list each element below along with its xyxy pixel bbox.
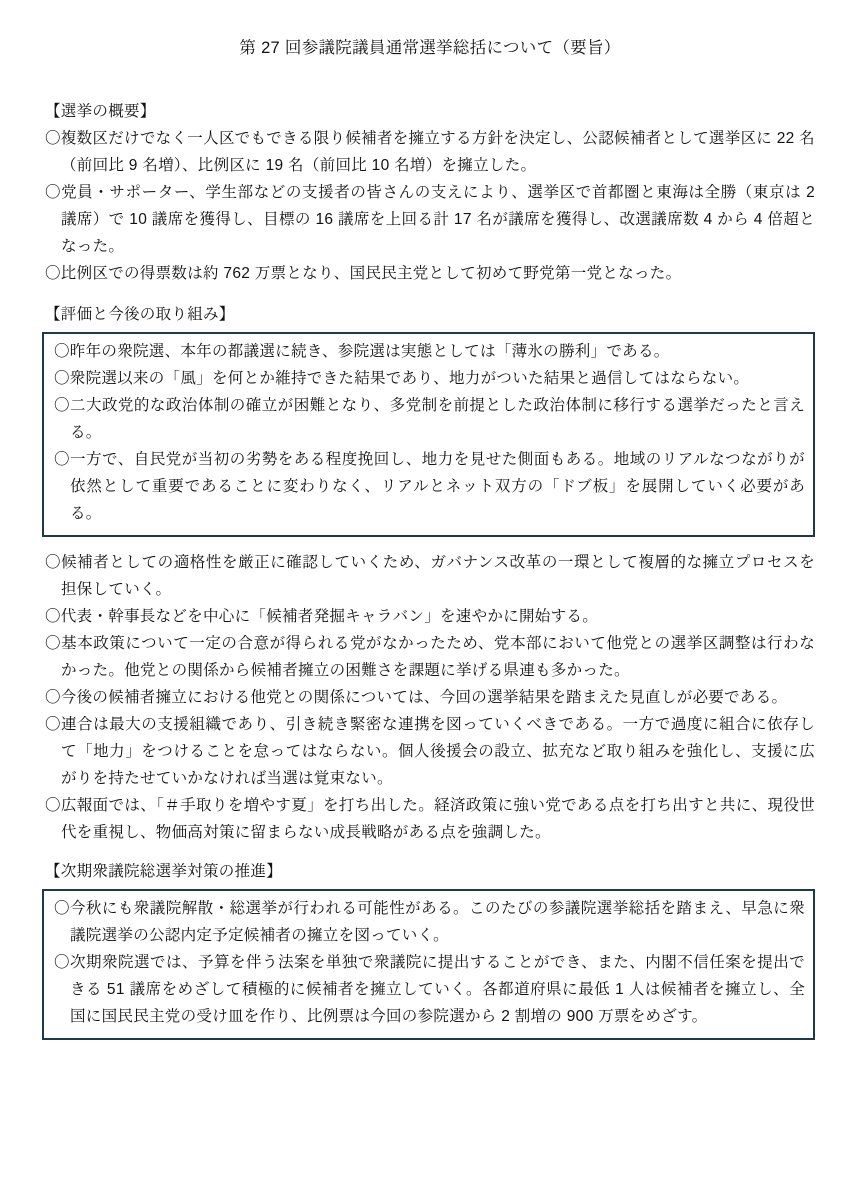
bullet-item: 〇候補者としての適格性を厳正に確認していくため、ガバナンス改革の一環として複層的… [45, 549, 815, 603]
boxed-bullet-item: 〇二大政党的な政治体制の確立が困難となり、多党制を前提とした政治体制に移行する選… [54, 392, 805, 446]
section-heading-evaluation: 【評価と今後の取り組み】 [45, 301, 815, 328]
bullet-item: 〇党員・サポーター、学生部などの支援者の皆さんの支えにより、選挙区で首都圏と東海… [45, 179, 815, 260]
section-heading-overview: 【選挙の概要】 [45, 98, 815, 125]
bullet-item: 〇比例区での得票数は約 762 万票となり、国民民主党として初めて野党第一党とな… [45, 260, 815, 287]
bullet-item: 〇広報面では、「＃手取りを増やす夏」を打ち出した。経済政策に強い党である点を打ち… [45, 792, 815, 846]
evaluation-bullet-list: 〇候補者としての適格性を厳正に確認していくため、ガバナンス改革の一環として複層的… [45, 549, 815, 846]
section-heading-next-election: 【次期衆議院総選挙対策の推進】 [45, 858, 815, 885]
bullet-item: 〇連合は最大の支援組織であり、引き続き緊密な連携を図っていくべきである。一方で過… [45, 711, 815, 792]
boxed-bullet-item: 〇今秋にも衆議院解散・総選挙が行われる可能性がある。このたびの参議院選挙総括を踏… [54, 895, 805, 949]
next-election-callout-box: 〇今秋にも衆議院解散・総選挙が行われる可能性がある。このたびの参議院選挙総括を踏… [42, 889, 815, 1040]
bullet-item: 〇基本政策について一定の合意が得られる党がなかったため、党本部において他党との選… [45, 630, 815, 684]
boxed-bullet-item: 〇衆院選以来の「風」を何とか維持できた結果であり、地力がついた結果と過信してはな… [54, 365, 805, 392]
bullet-item: 〇今後の候補者擁立における他党との関係については、今回の選挙結果を踏まえた見直し… [45, 684, 815, 711]
evaluation-callout-box: 〇昨年の衆院選、本年の都議選に続き、参院選は実態としては「薄氷の勝利」である。 … [42, 332, 815, 537]
boxed-bullet-item: 〇次期衆院選では、予算を伴う法案を単独で衆議院に提出することができ、また、内閣不… [54, 949, 805, 1030]
document-title: 第 27 回参議院議員通常選挙総括について（要旨） [45, 30, 815, 60]
document-page: 第 27 回参議院議員通常選挙総括について（要旨） 【選挙の概要】 〇複数区だけ… [0, 0, 857, 1199]
boxed-bullet-item: 〇昨年の衆院選、本年の都議選に続き、参院選は実態としては「薄氷の勝利」である。 [54, 338, 805, 365]
bullet-item: 〇複数区だけでなく一人区でもできる限り候補者を擁立する方針を決定し、公認候補者と… [45, 125, 815, 179]
boxed-bullet-item: 〇一方で、自民党が当初の劣勢をある程度挽回し、地力を見せた側面もある。地域のリア… [54, 446, 805, 527]
overview-bullet-list: 〇複数区だけでなく一人区でもできる限り候補者を擁立する方針を決定し、公認候補者と… [45, 125, 815, 287]
bullet-item: 〇代表・幹事長などを中心に「候補者発掘キャラバン」を速やかに開始する。 [45, 603, 815, 630]
